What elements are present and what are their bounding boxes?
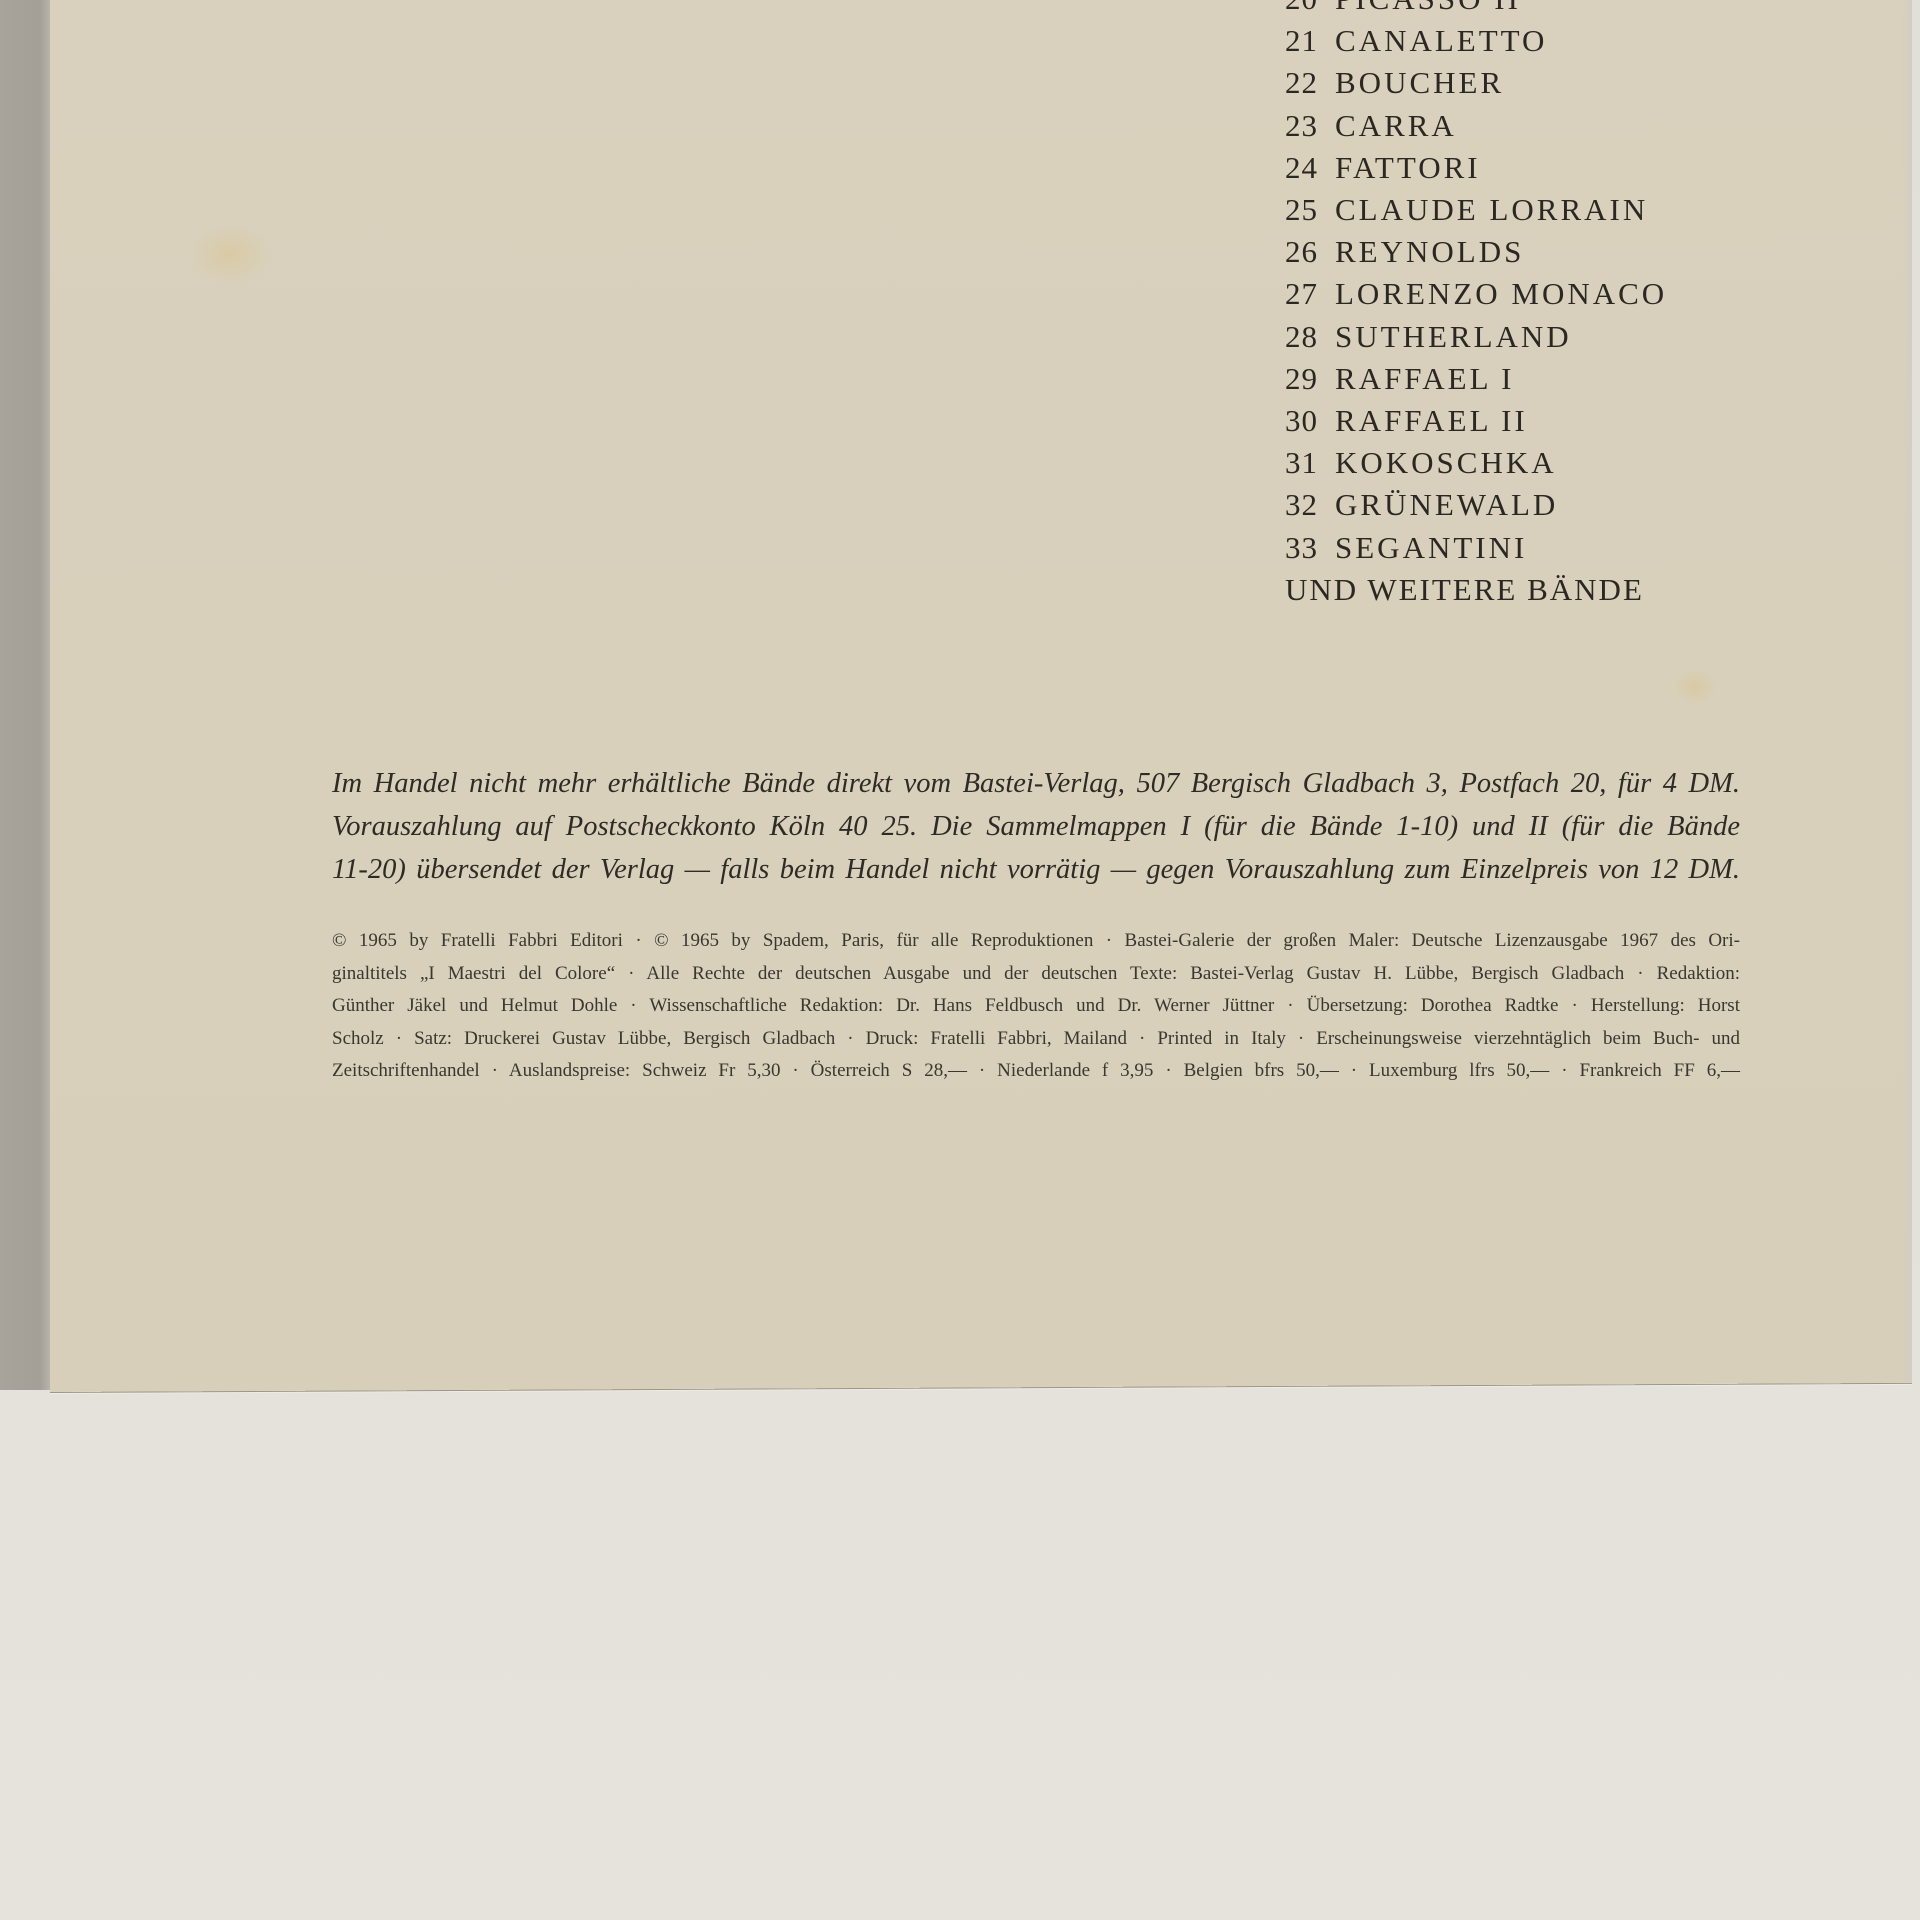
volume-item: 31KOKOSCHKA [1285, 442, 1667, 484]
volume-title: SEGANTINI [1335, 527, 1527, 569]
volume-item: 33SEGANTINI [1285, 527, 1667, 569]
volume-item: 27LORENZO MONACO [1285, 273, 1667, 315]
notice-line: Vorauszahlung auf Postscheckkonto Köln 4… [332, 805, 1740, 848]
volume-title: RAFFAEL II [1335, 400, 1528, 442]
ordering-notice: Im Handel nicht mehr erhältliche Bände d… [332, 762, 1740, 891]
volume-item: 25CLAUDE LORRAIN [1285, 189, 1667, 231]
imprint-line: ginaltitels „I Maestri del Colore“ · All… [332, 958, 1740, 991]
notice-line: Im Handel nicht mehr erhältliche Bände d… [332, 762, 1740, 805]
volume-title: FATTORI [1335, 147, 1481, 189]
volume-number: 25 [1285, 189, 1335, 231]
volume-item: 23CARRA [1285, 105, 1667, 147]
volume-number: 27 [1285, 273, 1335, 315]
volume-item: 29RAFFAEL I [1285, 358, 1667, 400]
volume-number: 22 [1285, 62, 1335, 104]
volume-title: LORENZO MONACO [1335, 273, 1667, 315]
volume-number: 29 [1285, 358, 1335, 400]
imprint-line: Zeitschriftenhandel · Auslandspreise: Sc… [332, 1055, 1740, 1088]
volume-title: CLAUDE LORRAIN [1335, 189, 1648, 231]
volume-number: 31 [1285, 442, 1335, 484]
volume-number: 24 [1285, 147, 1335, 189]
volume-item: 28SUTHERLAND [1285, 316, 1667, 358]
volume-title: CARRA [1335, 105, 1457, 147]
copyright-imprint: © 1965 by Fratelli Fabbri Editori · © 19… [332, 925, 1740, 1088]
volume-title: GRÜNEWALD [1335, 484, 1558, 526]
imprint-line: Günther Jäkel und Helmut Dohle · Wissens… [332, 990, 1740, 1023]
imprint-line: © 1965 by Fratelli Fabbri Editori · © 19… [332, 925, 1740, 958]
volume-item: 32GRÜNEWALD [1285, 484, 1667, 526]
volume-number: 20 [1285, 0, 1335, 20]
volume-item: 21CANALETTO [1285, 20, 1667, 62]
volume-title: CANALETTO [1335, 20, 1547, 62]
volume-number: 26 [1285, 231, 1335, 273]
volume-number: 23 [1285, 105, 1335, 147]
background-shadow [0, 0, 50, 1390]
volume-item: 26REYNOLDS [1285, 231, 1667, 273]
volume-number: 30 [1285, 400, 1335, 442]
volume-item: 30RAFFAEL II [1285, 400, 1667, 442]
volume-title: KOKOSCHKA [1335, 442, 1557, 484]
volume-number: 33 [1285, 527, 1335, 569]
imprint-line: Scholz · Satz: Druckerei Gustav Lübbe, B… [332, 1023, 1740, 1056]
volume-title: PICASSO II [1335, 0, 1521, 20]
volume-title: RAFFAEL I [1335, 358, 1514, 400]
volume-item: 20PICASSO II [1285, 0, 1667, 20]
volume-list-footer: UND WEITERE BÄNDE [1285, 569, 1667, 611]
volume-item: 22BOUCHER [1285, 62, 1667, 104]
volume-number: 28 [1285, 316, 1335, 358]
volume-title: SUTHERLAND [1335, 316, 1572, 358]
page-edge [1902, 0, 1912, 1383]
notice-line: 11-20) übersendet der Verlag — falls bei… [332, 848, 1740, 891]
volume-number: 21 [1285, 20, 1335, 62]
volume-title: REYNOLDS [1335, 231, 1524, 273]
volume-item: 24FATTORI [1285, 147, 1667, 189]
volume-number: 32 [1285, 484, 1335, 526]
volume-title: BOUCHER [1335, 62, 1504, 104]
volume-list: 20PICASSO II 21CANALETTO 22BOUCHER 23CAR… [1285, 0, 1667, 611]
